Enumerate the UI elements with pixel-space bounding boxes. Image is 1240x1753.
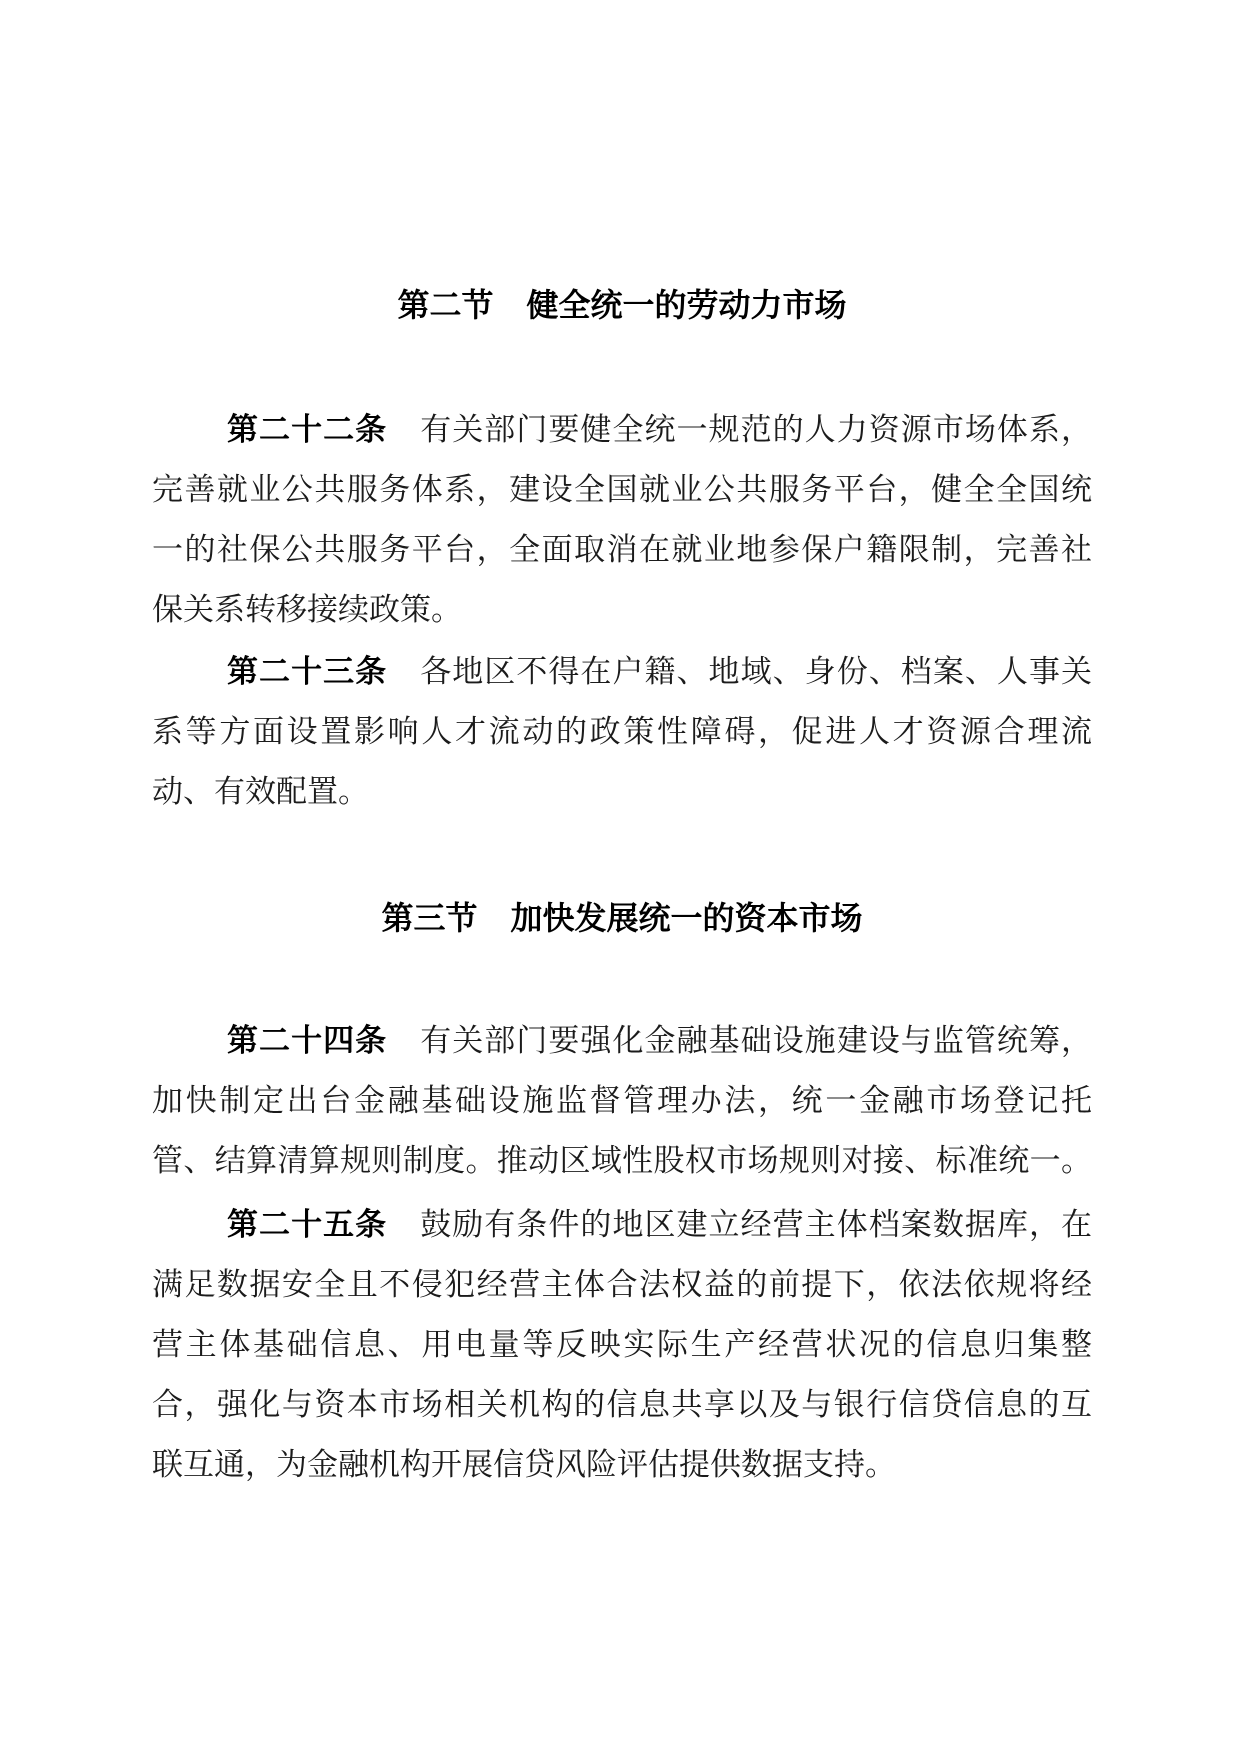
article-22-paragraph: 第二十二条有关部门要健全统一规范的人力资源市场体系， 完善就业公共服务体系，建设… [152, 400, 1092, 640]
text-line: 营主体基础信息、用电量等反映实际生产经营状况的信息归集整 [152, 1315, 1092, 1375]
article-22-label: 第二十二条 [227, 412, 387, 447]
text-line: 加快制定出台金融基础设施监督管理办法，统一金融市场登记托 [152, 1071, 1092, 1131]
section-3-number: 第三节 [381, 900, 477, 936]
article-24-label: 第二十四条 [227, 1023, 387, 1058]
section-2-title: 健全统一的劳动力市场 [527, 287, 847, 323]
text-line: 保关系转移接续政策。 [152, 580, 1092, 640]
article-23-label: 第二十三条 [227, 654, 387, 689]
section-3-heading: 第三节加快发展统一的资本市场 [152, 896, 1092, 940]
text-line: 满足数据安全且不侵犯经营主体合法权益的前提下，依法依规将经 [152, 1255, 1092, 1315]
text-line: 一的社保公共服务平台，全面取消在就业地参保户籍限制，完善社 [152, 520, 1092, 580]
text-line: 管、结算清算规则制度。推动区域性股权市场规则对接、标准统一。 [152, 1131, 1092, 1191]
article-25-label: 第二十五条 [227, 1207, 387, 1242]
text-line: 系等方面设置影响人才流动的政策性障碍，促进人才资源合理流 [152, 702, 1092, 762]
text-line: 动、有效配置。 [152, 762, 1092, 822]
text-run: 有关部门要强化金融基础设施建设与监管统筹， [420, 1023, 1092, 1058]
section-2-heading: 第二节健全统一的劳动力市场 [152, 283, 1092, 327]
document-page: 第二节健全统一的劳动力市场 第二十二条有关部门要健全统一规范的人力资源市场体系，… [0, 0, 1240, 1753]
text-line: 第二十五条鼓励有条件的地区建立经营主体档案数据库，在 [152, 1195, 1092, 1255]
section-2-number: 第二节 [397, 287, 493, 323]
text-run: 各地区不得在户籍、地域、身份、档案、人事关 [420, 654, 1092, 689]
text-line: 第二十三条各地区不得在户籍、地域、身份、档案、人事关 [152, 642, 1092, 702]
section-3-title: 加快发展统一的资本市场 [511, 900, 863, 936]
text-line: 第二十二条有关部门要健全统一规范的人力资源市场体系， [152, 400, 1092, 460]
article-24-paragraph: 第二十四条有关部门要强化金融基础设施建设与监管统筹， 加快制定出台金融基础设施监… [152, 1011, 1092, 1191]
text-run: 鼓励有条件的地区建立经营主体档案数据库，在 [420, 1207, 1092, 1242]
text-line: 联互通，为金融机构开展信贷风险评估提供数据支持。 [152, 1435, 1092, 1495]
article-23-paragraph: 第二十三条各地区不得在户籍、地域、身份、档案、人事关 系等方面设置影响人才流动的… [152, 642, 1092, 822]
article-25-paragraph: 第二十五条鼓励有条件的地区建立经营主体档案数据库，在 满足数据安全且不侵犯经营主… [152, 1195, 1092, 1495]
text-line: 完善就业公共服务体系，建设全国就业公共服务平台，健全全国统 [152, 460, 1092, 520]
text-line: 合，强化与资本市场相关机构的信息共享以及与银行信贷信息的互 [152, 1375, 1092, 1435]
text-line: 第二十四条有关部门要强化金融基础设施建设与监管统筹， [152, 1011, 1092, 1071]
text-run: 有关部门要健全统一规范的人力资源市场体系， [420, 412, 1092, 447]
